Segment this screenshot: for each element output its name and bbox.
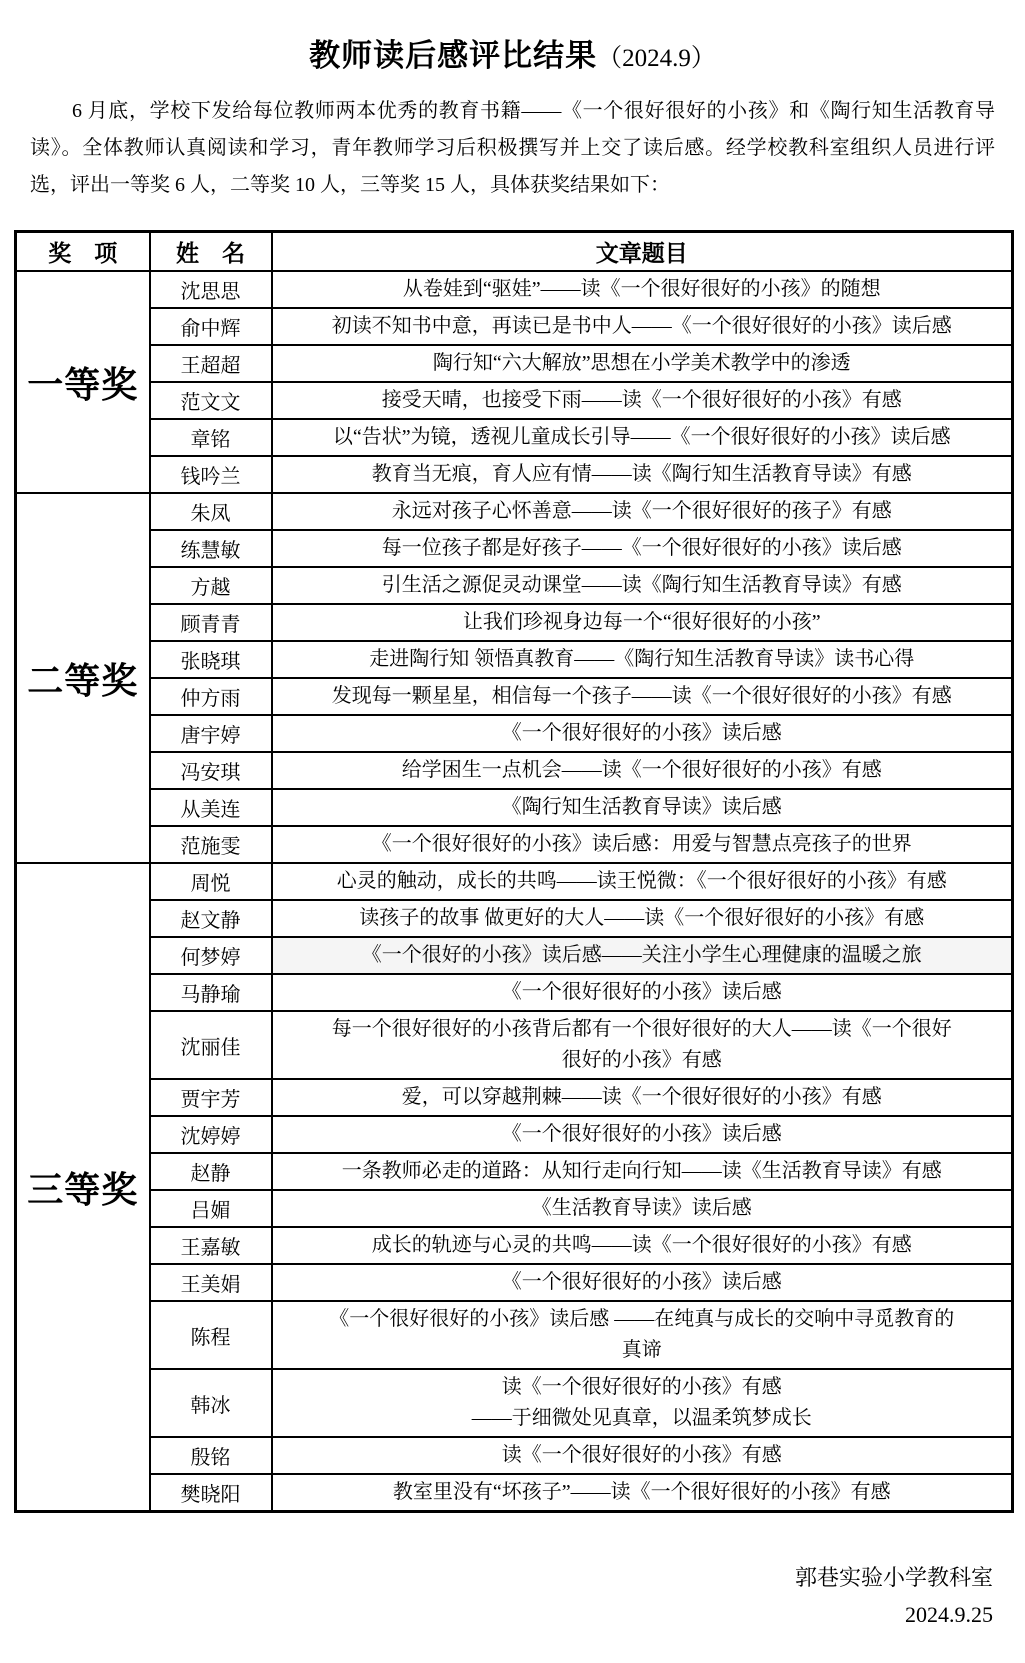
header-row: 奖 项 姓 名 文章题目 xyxy=(16,232,1013,272)
essay-title: 教育当无痕，育人应有情——读《陶行知生活教育导读》有感 xyxy=(272,456,1013,493)
essay-title: 让我们珍视身边每一个“很好很好的小孩” xyxy=(272,604,1013,641)
teacher-name: 张晓琪 xyxy=(150,641,272,678)
table-row: 二等奖朱凤永远对孩子心怀善意——读《一个很好很好的孩子》有感 xyxy=(16,493,1013,530)
teacher-name: 沈丽佳 xyxy=(150,1011,272,1079)
essay-title: 从卷娃到“驱娃”——读《一个很好很好的小孩》的随想 xyxy=(272,271,1013,308)
table-row: 吕媚《生活教育导读》读后感 xyxy=(16,1190,1013,1227)
essay-title: 《一个很好很好的小孩》读后感 ——在纯真与成长的交响中寻觅教育的 真谛 xyxy=(272,1301,1013,1369)
teacher-name: 沈思思 xyxy=(150,271,272,308)
essay-title: 发现每一颗星星，相信每一个孩子——读《一个很好很好的小孩》有感 xyxy=(272,678,1013,715)
teacher-name: 沈婷婷 xyxy=(150,1116,272,1153)
page-title: 教师读后感评比结果（2024.9） xyxy=(14,36,1011,79)
teacher-name: 方越 xyxy=(150,567,272,604)
teacher-name: 练慧敏 xyxy=(150,530,272,567)
document-page: 教师读后感评比结果（2024.9） 6 月底，学校下发给每位教师两本优秀的教育书… xyxy=(0,0,1025,1663)
teacher-name: 唐宇婷 xyxy=(150,715,272,752)
header-essay-title: 文章题目 xyxy=(272,232,1013,272)
essay-title: 一条教师必走的道路：从知行走向行知——读《生活教育导读》有感 xyxy=(272,1153,1013,1190)
essay-title: 《一个很好很好的小孩》读后感 xyxy=(272,715,1013,752)
teacher-name: 吕媚 xyxy=(150,1190,272,1227)
table-row: 马静瑜《一个很好很好的小孩》读后感 xyxy=(16,974,1013,1011)
essay-title: 走进陶行知 领悟真教育——《陶行知生活教育导读》读书心得 xyxy=(272,641,1013,678)
essay-title: 《一个很好很好的小孩》读后感：用爱与智慧点亮孩子的世界 xyxy=(272,826,1013,863)
teacher-name: 朱凤 xyxy=(150,493,272,530)
teacher-name: 马静瑜 xyxy=(150,974,272,1011)
essay-title: 《一个很好很好的小孩》读后感 xyxy=(272,974,1013,1011)
teacher-name: 章铭 xyxy=(150,419,272,456)
teacher-name: 王超超 xyxy=(150,345,272,382)
table-row: 王超超陶行知“六大解放”思想在小学美术教学中的渗透 xyxy=(16,345,1013,382)
table-row: 三等奖周悦心灵的触动，成长的共鸣——读王悦微：《一个很好很好的小孩》有感 xyxy=(16,863,1013,900)
table-row: 范文文接受天晴，也接受下雨——读《一个很好很好的小孩》有感 xyxy=(16,382,1013,419)
footer-organization: 郭巷实验小学教科室 xyxy=(14,1559,993,1596)
essay-title: 陶行知“六大解放”思想在小学美术教学中的渗透 xyxy=(272,345,1013,382)
table-row: 钱吟兰教育当无痕，育人应有情——读《陶行知生活教育导读》有感 xyxy=(16,456,1013,493)
essay-title: 教室里没有“坏孩子”——读《一个很好很好的小孩》有感 xyxy=(272,1474,1013,1512)
teacher-name: 冯安琪 xyxy=(150,752,272,789)
table-row: 王美娟《一个很好很好的小孩》读后感 xyxy=(16,1264,1013,1301)
table-row: 方越引生活之源促灵动课堂——读《陶行知生活教育导读》有感 xyxy=(16,567,1013,604)
essay-title: 《生活教育导读》读后感 xyxy=(272,1190,1013,1227)
prize-label: 三等奖 xyxy=(16,863,150,1512)
teacher-name: 赵文静 xyxy=(150,900,272,937)
table-row: 练慧敏每一位孩子都是好孩子——《一个很好很好的小孩》读后感 xyxy=(16,530,1013,567)
table-row: 俞中辉初读不知书中意，再读已是书中人——《一个很好很好的小孩》读后感 xyxy=(16,308,1013,345)
table-row: 冯安琪给学困生一点机会——读《一个很好很好的小孩》有感 xyxy=(16,752,1013,789)
essay-title: 读《一个很好很好的小孩》有感 ——于细微处见真章，以温柔筑梦成长 xyxy=(272,1369,1013,1437)
table-row: 仲方雨发现每一颗星星，相信每一个孩子——读《一个很好很好的小孩》有感 xyxy=(16,678,1013,715)
teacher-name: 从美连 xyxy=(150,789,272,826)
results-table-header: 奖 项 姓 名 文章题目 xyxy=(16,232,1013,272)
table-row: 王嘉敏成长的轨迹与心灵的共鸣——读《一个很好很好的小孩》有感 xyxy=(16,1227,1013,1264)
essay-title: 成长的轨迹与心灵的共鸣——读《一个很好很好的小孩》有感 xyxy=(272,1227,1013,1264)
essay-title: 引生活之源促灵动课堂——读《陶行知生活教育导读》有感 xyxy=(272,567,1013,604)
table-row: 赵静一条教师必走的道路：从知行走向行知——读《生活教育导读》有感 xyxy=(16,1153,1013,1190)
table-row: 赵文静读孩子的故事 做更好的大人——读《一个很好很好的小孩》有感 xyxy=(16,900,1013,937)
essay-title: 初读不知书中意，再读已是书中人——《一个很好很好的小孩》读后感 xyxy=(272,308,1013,345)
prize-label: 一等奖 xyxy=(16,271,150,493)
results-tbody: 一等奖沈思思从卷娃到“驱娃”——读《一个很好很好的小孩》的随想俞中辉初读不知书中… xyxy=(16,271,1013,1512)
essay-title: 《一个很好很好的小孩》读后感 xyxy=(272,1264,1013,1301)
teacher-name: 周悦 xyxy=(150,863,272,900)
teacher-name: 赵静 xyxy=(150,1153,272,1190)
teacher-name: 钱吟兰 xyxy=(150,456,272,493)
teacher-name: 范施雯 xyxy=(150,826,272,863)
essay-title: 接受天晴，也接受下雨——读《一个很好很好的小孩》有感 xyxy=(272,382,1013,419)
teacher-name: 顾青青 xyxy=(150,604,272,641)
table-row: 樊晓阳教室里没有“坏孩子”——读《一个很好很好的小孩》有感 xyxy=(16,1474,1013,1512)
teacher-name: 贾宇芳 xyxy=(150,1079,272,1116)
essay-title: 《陶行知生活教育导读》读后感 xyxy=(272,789,1013,826)
prize-label: 二等奖 xyxy=(16,493,150,863)
teacher-name: 俞中辉 xyxy=(150,308,272,345)
table-row: 殷铭读《一个很好很好的小孩》有感 xyxy=(16,1437,1013,1474)
footer-date: 2024.9.25 xyxy=(14,1596,993,1633)
essay-title: 爱，可以穿越荆棘——读《一个很好很好的小孩》有感 xyxy=(272,1079,1013,1116)
teacher-name: 韩冰 xyxy=(150,1369,272,1437)
teacher-name: 王嘉敏 xyxy=(150,1227,272,1264)
table-row: 沈丽佳每一个很好很好的小孩背后都有一个很好很好的大人——读《一个很好 很好的小孩… xyxy=(16,1011,1013,1079)
table-row: 何梦婷《一个很好的小孩》读后感——关注小学生心理健康的温暖之旅 xyxy=(16,937,1013,974)
header-prize: 奖 项 xyxy=(16,232,150,272)
document-footer: 郭巷实验小学教科室 2024.9.25 xyxy=(14,1559,993,1633)
essay-title: 《一个很好很好的小孩》读后感 xyxy=(272,1116,1013,1153)
essay-title: 以“告状”为镜，透视儿童成长引导——《一个很好很好的小孩》读后感 xyxy=(272,419,1013,456)
essay-title: 每一位孩子都是好孩子——《一个很好很好的小孩》读后感 xyxy=(272,530,1013,567)
table-row: 从美连《陶行知生活教育导读》读后感 xyxy=(16,789,1013,826)
table-row: 范施雯《一个很好很好的小孩》读后感：用爱与智慧点亮孩子的世界 xyxy=(16,826,1013,863)
teacher-name: 仲方雨 xyxy=(150,678,272,715)
table-row: 张晓琪走进陶行知 领悟真教育——《陶行知生活教育导读》读书心得 xyxy=(16,641,1013,678)
table-row: 章铭以“告状”为镜，透视儿童成长引导——《一个很好很好的小孩》读后感 xyxy=(16,419,1013,456)
teacher-name: 范文文 xyxy=(150,382,272,419)
table-row: 韩冰读《一个很好很好的小孩》有感 ——于细微处见真章，以温柔筑梦成长 xyxy=(16,1369,1013,1437)
essay-title: 读孩子的故事 做更好的大人——读《一个很好很好的小孩》有感 xyxy=(272,900,1013,937)
essay-title: 给学困生一点机会——读《一个很好很好的小孩》有感 xyxy=(272,752,1013,789)
essay-title: 《一个很好的小孩》读后感——关注小学生心理健康的温暖之旅 xyxy=(272,937,1013,974)
essay-title: 读《一个很好很好的小孩》有感 xyxy=(272,1437,1013,1474)
table-row: 一等奖沈思思从卷娃到“驱娃”——读《一个很好很好的小孩》的随想 xyxy=(16,271,1013,308)
table-row: 顾青青让我们珍视身边每一个“很好很好的小孩” xyxy=(16,604,1013,641)
teacher-name: 樊晓阳 xyxy=(150,1474,272,1512)
table-row: 沈婷婷《一个很好很好的小孩》读后感 xyxy=(16,1116,1013,1153)
page-title-date-suffix: （2024.9） xyxy=(597,45,716,72)
header-name: 姓 名 xyxy=(150,232,272,272)
table-row: 陈程《一个很好很好的小孩》读后感 ——在纯真与成长的交响中寻觅教育的 真谛 xyxy=(16,1301,1013,1369)
teacher-name: 殷铭 xyxy=(150,1437,272,1474)
results-table: 奖 项 姓 名 文章题目 一等奖沈思思从卷娃到“驱娃”——读《一个很好很好的小孩… xyxy=(14,230,1014,1513)
teacher-name: 何梦婷 xyxy=(150,937,272,974)
essay-title: 心灵的触动，成长的共鸣——读王悦微：《一个很好很好的小孩》有感 xyxy=(272,863,1013,900)
teacher-name: 王美娟 xyxy=(150,1264,272,1301)
essay-title: 每一个很好很好的小孩背后都有一个很好很好的大人——读《一个很好 很好的小孩》有感 xyxy=(272,1011,1013,1079)
intro-paragraph: 6 月底，学校下发给每位教师两本优秀的教育书籍——《一个很好很好的小孩》和《陶行… xyxy=(30,93,995,204)
page-title-text: 教师读后感评比结果 xyxy=(309,38,597,73)
teacher-name: 陈程 xyxy=(150,1301,272,1369)
essay-title: 永远对孩子心怀善意——读《一个很好很好的孩子》有感 xyxy=(272,493,1013,530)
table-row: 贾宇芳爱，可以穿越荆棘——读《一个很好很好的小孩》有感 xyxy=(16,1079,1013,1116)
table-row: 唐宇婷《一个很好很好的小孩》读后感 xyxy=(16,715,1013,752)
